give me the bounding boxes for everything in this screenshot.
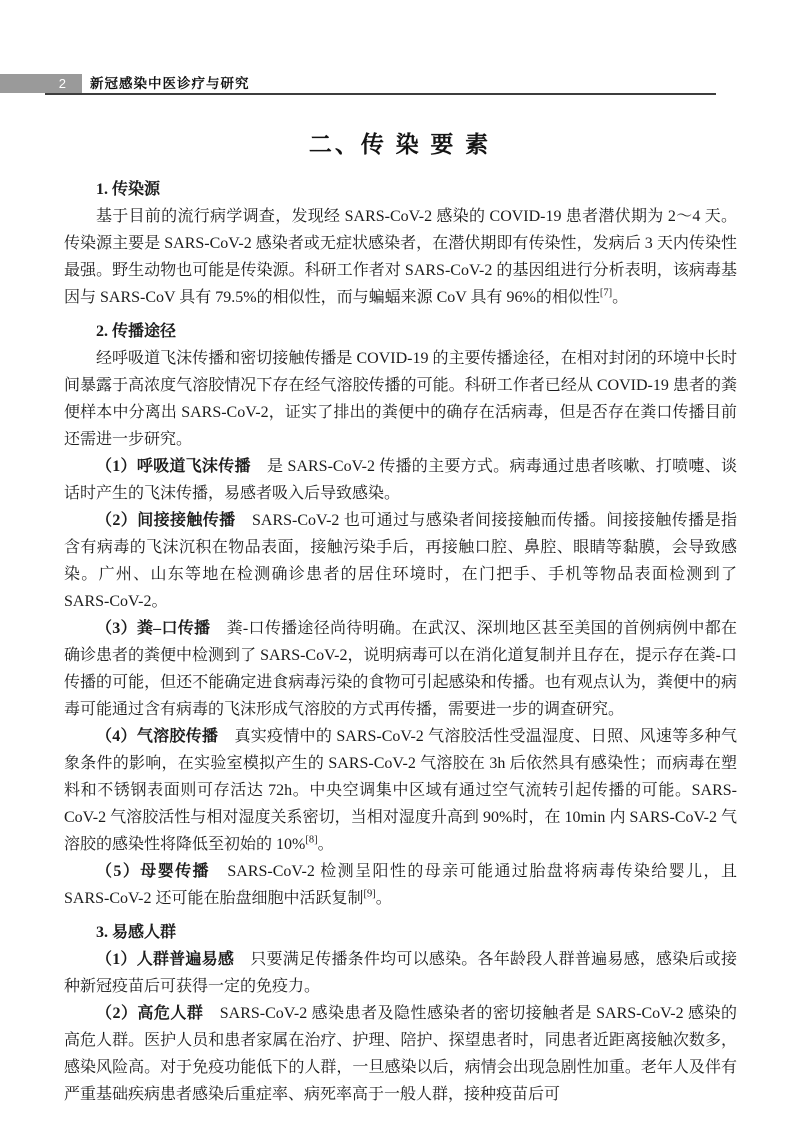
run-in-heading: （1）呼吸道飞沫传播 (96, 458, 251, 475)
section-heading: 3. 易感人群 (64, 919, 737, 946)
running-header: 2 新冠感染中医诊疗与研究 (0, 0, 800, 95)
run-in-heading: （5）母婴传播 (96, 863, 210, 880)
header-row: 2 新冠感染中医诊疗与研究 (0, 74, 800, 93)
text-segment: 基于目前的流行病学调查，发现经 SARS-CoV-2 感染的 COVID-19 … (64, 208, 737, 306)
paragraph: （4）气溶胶传播 真实疫情中的 SARS-CoV-2 气溶胶活性受温湿度、日照、… (64, 723, 737, 858)
text-segment: 。 (376, 890, 392, 907)
run-in-heading: （2）高危人群 (96, 1005, 203, 1022)
run-in-heading: （4）气溶胶传播 (96, 728, 218, 745)
book-title: 新冠感染中医诊疗与研究 (90, 74, 250, 94)
paragraph: （1）呼吸道飞沫传播 是 SARS-CoV-2 传播的主要方式。病毒通过患者咳嗽… (64, 453, 737, 507)
paragraph: （5）母婴传播 SARS-CoV-2 检测呈阳性的母亲可能通过胎盘将病毒传染给婴… (64, 858, 737, 912)
run-in-heading: （2）间接接触传播 (96, 512, 236, 529)
text-segment: 真实疫情中的 SARS-CoV-2 气溶胶活性受温湿度、日照、风速等多种气象条件… (64, 728, 737, 853)
paragraph: （2）间接接触传播 SARS-CoV-2 也可通过与感染者间接接触而传播。间接接… (64, 507, 737, 615)
text-segment: 。 (318, 836, 334, 853)
run-in-heading: （3）粪–口传播 (96, 620, 210, 637)
reference-marker: [8] (305, 835, 317, 846)
section-heading: 2. 传播途径 (64, 318, 737, 345)
page-number-badge: 2 (0, 74, 82, 93)
text-segment: 经呼吸道飞沫传播和密切接触传播是 COVID-19 的主要传播途径，在相对封闭的… (64, 350, 737, 448)
paragraph: 经呼吸道飞沫传播和密切接触传播是 COVID-19 的主要传播途径，在相对封闭的… (64, 345, 737, 453)
section-heading: 1. 传染源 (64, 176, 737, 203)
content-flow: 1. 传染源基于目前的流行病学调查，发现经 SARS-CoV-2 感染的 COV… (64, 176, 737, 1108)
reference-marker: [9] (363, 889, 375, 900)
paragraph: （1）人群普遍易感 只要满足传播条件均可以感染。各年龄段人群普遍易感，感染后或接… (64, 946, 737, 1000)
paragraph: （2）高危人群 SARS-CoV-2 感染患者及隐性感染者的密切接触者是 SAR… (64, 1000, 737, 1108)
text-segment: 。 (612, 289, 628, 306)
run-in-heading: （1）人群普遍易感 (96, 951, 234, 968)
paragraph: （3）粪–口传播 粪-口传播途径尚待明确。在武汉、深圳地区甚至美国的首例病例中都… (64, 615, 737, 723)
book-page: 2 新冠感染中医诊疗与研究 二、传 染 要 素 1. 传染源基于目前的流行病学调… (0, 0, 800, 1146)
paragraph: 基于目前的流行病学调查，发现经 SARS-CoV-2 感染的 COVID-19 … (64, 203, 737, 311)
chapter-title: 二、传 染 要 素 (0, 126, 800, 159)
reference-marker: [7] (600, 288, 612, 299)
